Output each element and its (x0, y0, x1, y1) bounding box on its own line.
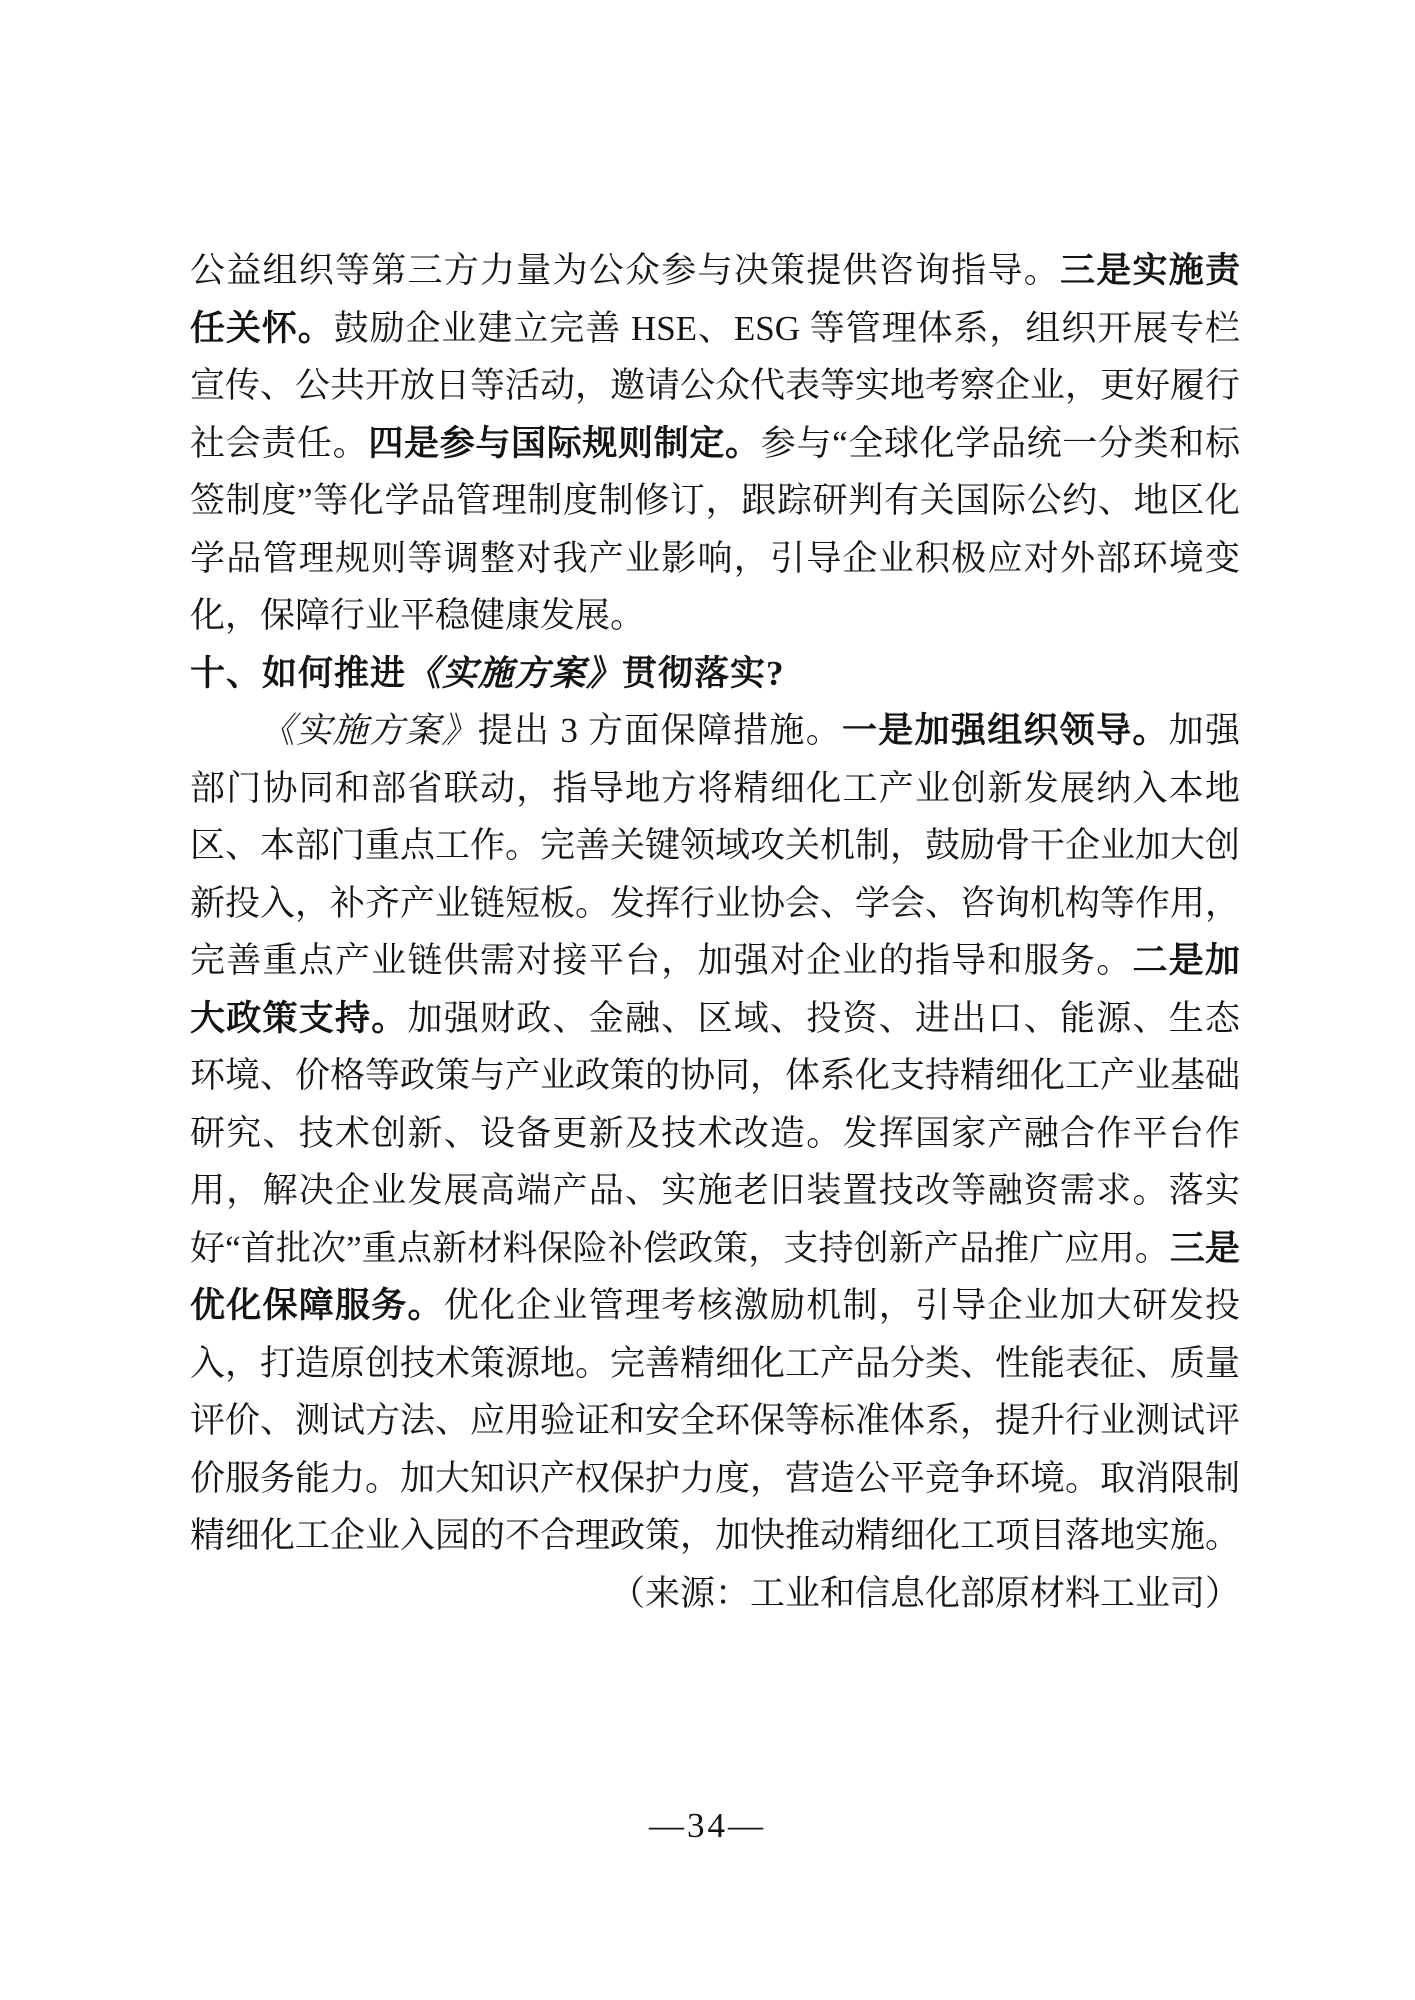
text-run: 加强部门协同和部省联动，指导地方将精细化工产业创新发展纳入本地区、本部门重点工作… (190, 711, 1240, 980)
text-run: （来源：工业和信息化部原材料工业司） (610, 1574, 1240, 1613)
text-run: 优化企业管理考核激励机制，引导企业加大研发投入，打造原创技术策源地。完善精细化工… (190, 1286, 1240, 1555)
text-run: 公益组织等第三方力量为公众参与决策提供咨询指导。 (190, 251, 1060, 290)
text-run: 加强财政、金融、区域、投资、进出口、能源、生态环境、价格等政策与产业政策的协同，… (190, 999, 1240, 1268)
text-run: 《实施方案》 (406, 654, 622, 693)
body-paragraph: 公益组织等第三方力量为公众参与决策提供咨询指导。三是实施责任关怀。鼓励企业建立完… (190, 242, 1240, 645)
text-run: 贯彻落实? (622, 654, 785, 693)
text-run: 四是参与国际规则制定。 (368, 424, 760, 463)
page-number: —34— (0, 1806, 1415, 1846)
text-run: 提出 3 方面保障措施。 (478, 711, 842, 750)
source-line: （来源：工业和信息化部原材料工业司） (190, 1565, 1240, 1623)
text-run: 十、如何推进 (190, 654, 406, 693)
document-content: 公益组织等第三方力量为公众参与决策提供咨询指导。三是实施责任关怀。鼓励企业建立完… (190, 242, 1240, 1622)
text-run: 一是加强组织领导。 (842, 711, 1169, 750)
text-run: 《实施方案》 (260, 711, 478, 750)
section-heading: 十、如何推进《实施方案》贯彻落实? (190, 645, 1240, 703)
body-paragraph: 《实施方案》提出 3 方面保障措施。一是加强组织领导。加强部门协同和部省联动，指… (190, 702, 1240, 1565)
document-page: 公益组织等第三方力量为公众参与决策提供咨询指导。三是实施责任关怀。鼓励企业建立完… (0, 0, 1415, 2000)
